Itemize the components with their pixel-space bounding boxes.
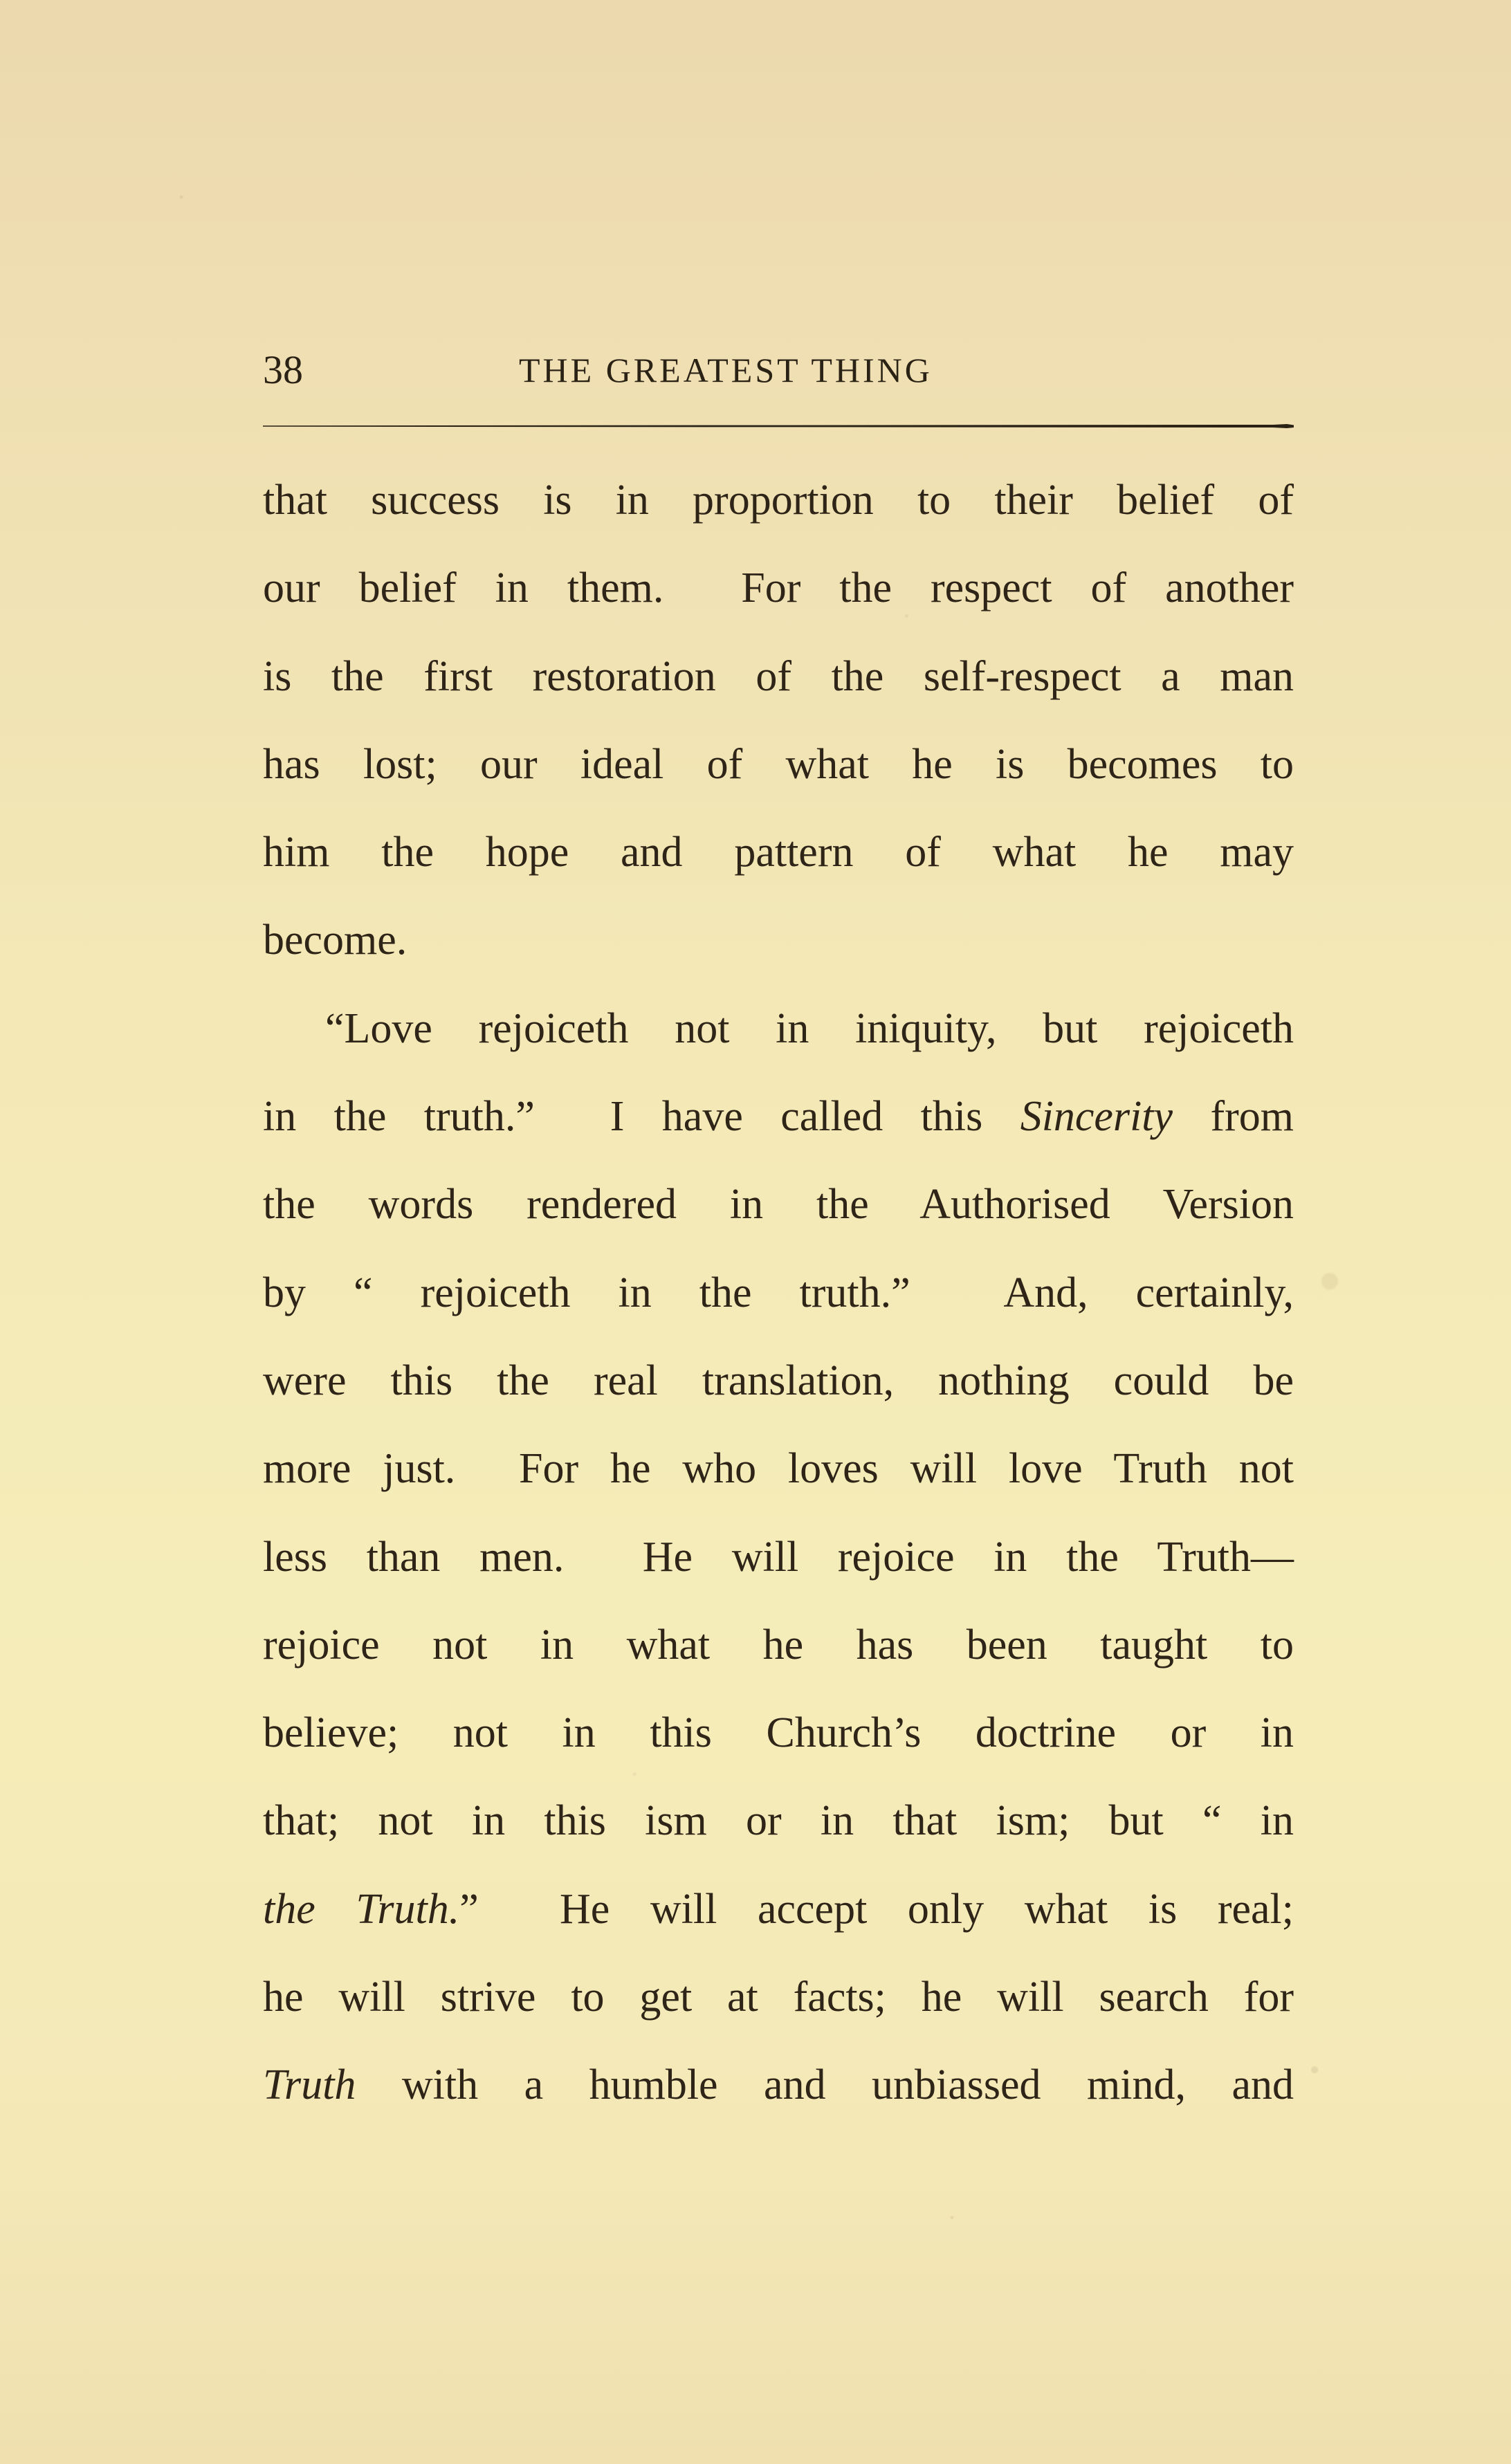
text-line: rejoice not in what he has been taught t… [263,1607,1294,1695]
text-segment: has lost; our ideal of what he is become… [263,741,1294,788]
text-line: the words rendered in the Authorised Ver… [263,1166,1294,1254]
text-segment: become. [263,917,407,964]
text-segment: were this the real translation, nothing … [263,1357,1294,1404]
text-line: the Truth.” He will accept only what is … [263,1871,1294,1959]
text-segment: believe; not in this Church’s doctrine o… [263,1709,1294,1756]
italic-text: Truth [263,2061,356,2108]
text-segment: in the truth.” I have called this [263,1093,1020,1140]
text-segment: with a humble and unbiassed mind, and [356,2061,1294,2108]
text-line: him the hope and pattern of what he may [263,814,1294,902]
text-segment: rejoice not in what he has been taught t… [263,1621,1294,1668]
text-segment: “Love rejoiceth not in iniquity, but rej… [325,1005,1294,1052]
text-segment: from [1173,1093,1294,1140]
body-text: that success is in proportion to their b… [263,462,1294,2135]
header-rule [263,423,1294,429]
text-segment: him the hope and pattern of what he may [263,829,1294,876]
text-line: by “ rejoiceth in the truth.” And, certa… [263,1255,1294,1343]
running-title: THE GREATEST THING [519,342,933,398]
text-line: less than men. He will rejoice in the Tr… [263,1519,1294,1607]
text-line: become. [263,902,1294,990]
text-line: were this the real translation, nothing … [263,1343,1294,1431]
text-line: he will strive to get at facts; he will … [263,1959,1294,2047]
text-line: more just. For he who loves will love Tr… [263,1431,1294,1518]
text-line: is the first restoration of the self-res… [263,638,1294,726]
text-line: Truth with a humble and unbiassed mind, … [263,2047,1294,2135]
text-segment: less than men. He will rejoice in the Tr… [263,1534,1294,1581]
text-segment: he will strive to get at facts; he will … [263,1974,1294,2021]
text-line: that; not in this ism or in that ism; bu… [263,1783,1294,1870]
page-number: 38 [263,342,303,398]
text-line: believe; not in this Church’s doctrine o… [263,1695,1294,1783]
text-segment: ” He will accept only what is real; [459,1886,1294,1933]
text-line: our belief in them. For the respect of a… [263,550,1294,638]
text-line: that success is in proportion to their b… [263,462,1294,550]
text-line: in the truth.” I have called this Sincer… [263,1078,1294,1166]
text-segment: that success is in proportion to their b… [263,477,1294,524]
text-segment: that; not in this ism or in that ism; bu… [263,1797,1294,1844]
italic-text: the Truth. [263,1886,459,1933]
running-head: 38 THE GREATEST THING [263,342,1294,398]
book-page: 38 THE GREATEST THING that success is in… [0,0,1511,2464]
rule-line [263,423,1294,429]
text-segment: is the first restoration of the self-res… [263,653,1294,700]
italic-text: Sincerity [1020,1093,1173,1140]
text-segment: more just. For he who loves will love Tr… [263,1445,1294,1492]
text-line: has lost; our ideal of what he is become… [263,726,1294,814]
text-segment: the words rendered in the Authorised Ver… [263,1181,1294,1228]
text-segment: by “ rejoiceth in the truth.” And, certa… [263,1269,1294,1316]
text-segment: our belief in them. For the respect of a… [263,564,1294,612]
text-line: “Love rejoiceth not in iniquity, but rej… [263,991,1294,1078]
